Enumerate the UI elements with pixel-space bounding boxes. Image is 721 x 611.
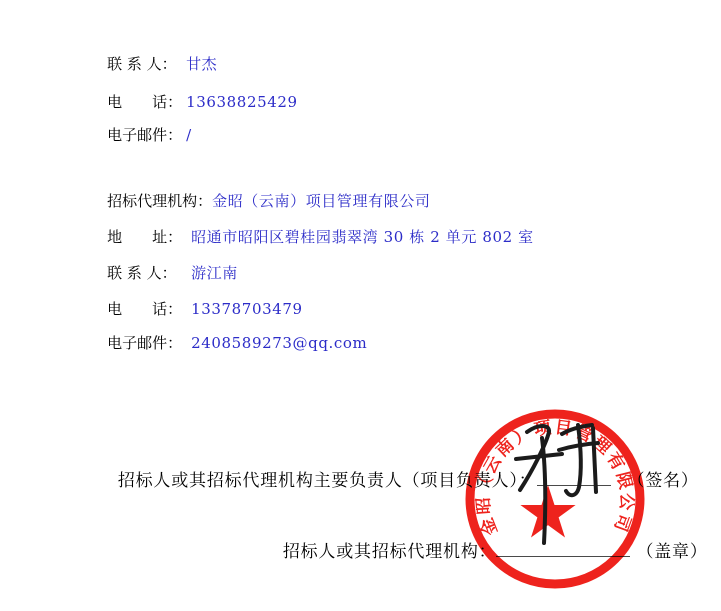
handwritten-signature-ink	[505, 408, 615, 553]
email-value: 2408589273@qq.com	[191, 334, 367, 352]
contact-person-value: 游江南	[191, 264, 238, 282]
phone-value: 13638825429	[186, 93, 298, 111]
contact-person-label: 联 系 人：	[107, 265, 183, 282]
phone-label: 电 话：	[107, 301, 183, 318]
contact-person-label: 联 系 人：	[107, 56, 183, 73]
email-value: /	[186, 126, 192, 144]
contact-person-value: 甘杰	[186, 55, 217, 73]
phone-value: 13378703479	[191, 300, 303, 318]
email-row-1: 电子邮件：/	[88, 110, 192, 161]
tender-document-page: 联 系 人：甘杰 电 话：13638825429 电子邮件：/ 招标代理机构：金…	[0, 0, 721, 611]
email-label: 电子邮件：	[107, 335, 183, 352]
address-label: 地 址：	[107, 229, 183, 246]
email-row-2: 电子邮件：2408589273@qq.com	[88, 318, 367, 369]
agency-name-value: 金昭（云南）项目管理有限公司	[212, 192, 430, 210]
agency-label: 招标代理机构：	[107, 192, 212, 210]
phone-label: 电 话：	[107, 94, 183, 111]
address-value: 昭通市昭阳区碧桂园翡翠湾 30 栋 2 单元 802 室	[191, 228, 534, 246]
email-label: 电子邮件：	[107, 127, 183, 144]
